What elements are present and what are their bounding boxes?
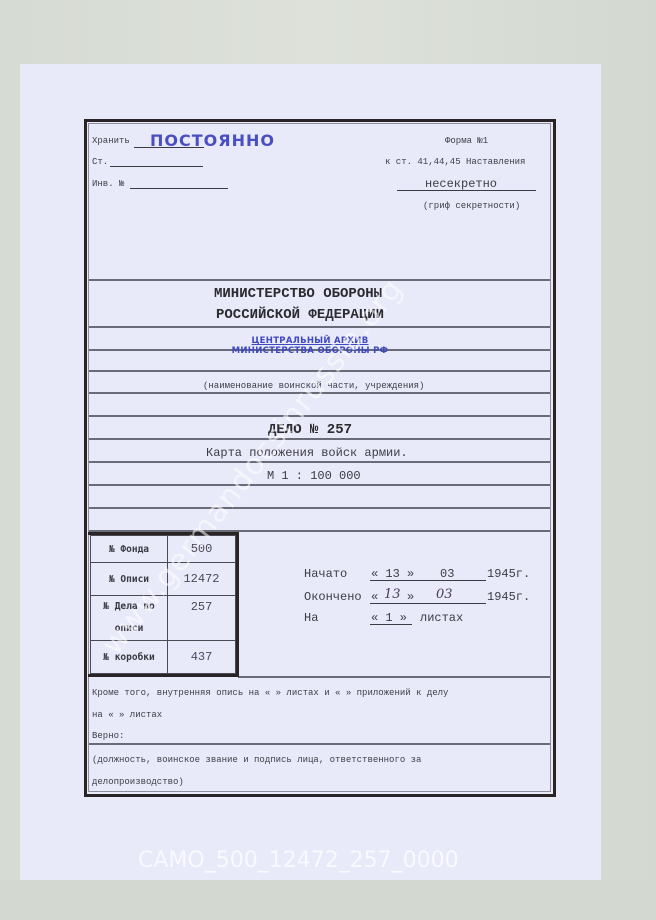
ruled-line [89,484,550,486]
archive-stamp-line-1: ЦЕНТРАЛЬНЫЙ АРХИВ [210,336,410,346]
scanner-background [0,880,656,920]
case-scale: М 1 : 100 000 [267,469,361,483]
ruled-line [89,743,550,745]
inv-underline [130,188,228,189]
inventory-line-2: на « » листах [92,710,162,720]
classification-value: несекретно [425,177,497,191]
ended-day-handwritten: 13 [384,587,401,602]
ended-month-handwritten: 03 [436,587,453,602]
ministry-line-1: МИНИСТЕРСТВО ОБОРОНЫ [214,286,382,302]
keep-label: Хранить [92,136,130,146]
ruled-line [238,676,550,678]
ended-underline [370,603,486,604]
ended-day-close: » [407,590,414,604]
started-day: « 13 » [371,567,414,581]
ruled-line [89,326,550,328]
archive-stamp: ЦЕНТРАЛЬНЫЙ АРХИВ МИНИСТЕРСТВА ОБОРОНЫ Р… [210,336,410,356]
started-underline [370,580,486,581]
started-label: Начато [304,567,347,581]
verified-label: Верно: [92,731,124,741]
classification-underline [397,190,536,191]
ruled-line [89,438,550,440]
signature-line-1: (должность, воинское звание и подпись ли… [92,755,421,765]
classification-caption: (гриф секретности) [423,201,520,211]
regulation-reference: к ст. 41,44,45 Наставления [385,157,525,167]
keep-stamp: ПОСТОЯННО [150,131,275,150]
ruled-line [89,279,550,281]
signature-line-2: делопроизводство) [92,777,184,787]
form-number: Форма №1 [445,136,488,146]
started-month: 03 [440,567,454,581]
sheets-value: « 1 » [371,611,407,625]
st-underline [110,166,203,167]
started-year: 1945г. [487,567,530,581]
inv-label: Инв. № [92,179,124,189]
ruled-line [89,461,550,463]
ended-label: Окончено [304,590,362,604]
ruled-line [89,507,550,509]
sheets-suffix: листах [420,611,463,625]
sheets-underline [370,624,412,625]
ended-day-open: « [371,590,378,604]
delo-value: 257 [168,596,236,641]
archive-stamp-line-2: МИНИСТЕРСТВА ОБОРОНЫ РФ [210,346,410,356]
file-caption: CAMO_500_12472_257_0000 [138,848,459,873]
inventory-line-1: Кроме того, внутренняя опись на « » лист… [92,688,448,698]
fond-label: № Фонда [91,536,168,563]
korobka-value: 437 [168,641,236,674]
st-label: Ст. [92,157,108,167]
ended-year: 1945г. [487,590,530,604]
sheets-label: На [304,611,318,625]
ruled-line [89,415,550,417]
